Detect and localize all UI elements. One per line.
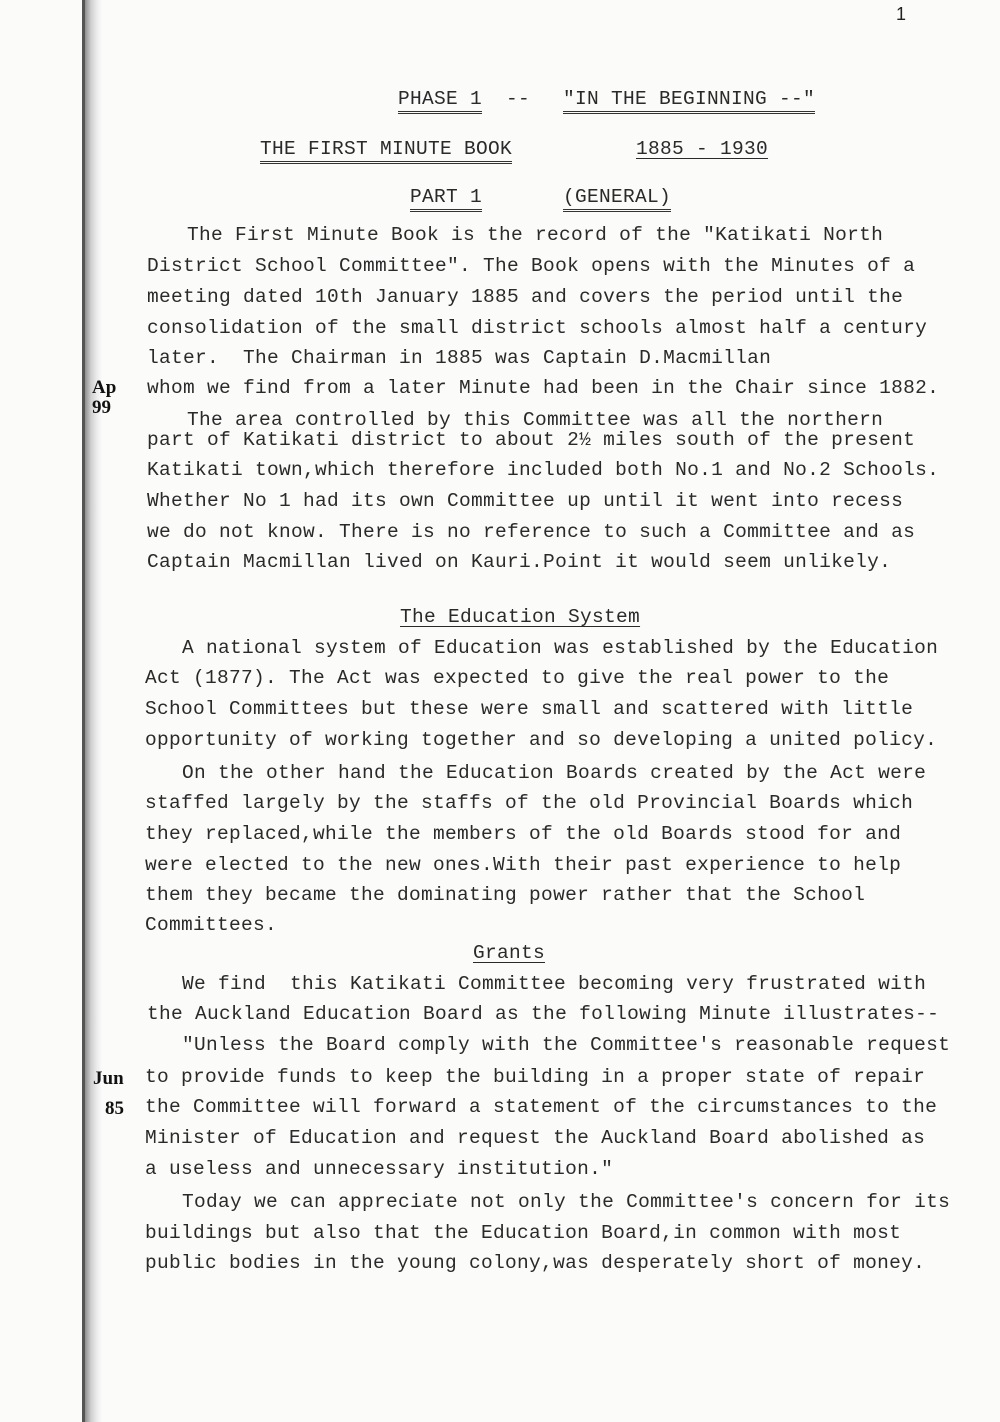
paragraph-line: later. The Chairman in 1885 was Captain … (147, 347, 771, 369)
margin-note-date: Jun 85 (93, 1064, 124, 1124)
margin-note-year: 99 (92, 398, 116, 418)
paragraph-line: Today we can appreciate not only the Com… (182, 1191, 950, 1213)
paragraph-line: Captain Macmillan lived on Kauri.Point i… (147, 551, 891, 573)
paragraph-line: they replaced,while the members of the o… (145, 823, 901, 845)
paragraph-line: The area controlled by this Committee wa… (187, 409, 883, 431)
paragraph-line: Act (1877). The Act was expected to give… (145, 667, 889, 689)
margin-note-date: Ap 99 (92, 378, 116, 418)
paragraph-line: were elected to the new ones.With their … (145, 854, 901, 876)
paragraph-line: On the other hand the Education Boards c… (182, 762, 926, 784)
paragraph-line: A national system of Education was estab… (182, 637, 938, 659)
margin-note-year: 85 (93, 1094, 124, 1124)
binding-shadow (82, 0, 85, 1422)
paragraph-line: Committees. (145, 914, 277, 936)
quote-line: a useless and unnecessary institution." (145, 1158, 613, 1180)
phase-heading: PHASE 1 (398, 88, 482, 114)
margin-note-month: Jun (93, 1064, 124, 1094)
paragraph-line: staffed largely by the staffs of the old… (145, 792, 913, 814)
paragraph-line: District School Committee". The Book ope… (147, 255, 915, 277)
quote-line: Minister of Education and request the Au… (145, 1127, 925, 1149)
scanned-binding-edge (82, 0, 102, 1422)
paragraph-line: them they became the dominating power ra… (145, 884, 865, 906)
part-heading: PART 1 (410, 186, 482, 212)
paragraph-line: consolidation of the small district scho… (147, 317, 927, 339)
paragraph-line: meeting dated 10th January 1885 and cove… (147, 286, 903, 308)
paragraph-line: opportunity of working together and so d… (145, 729, 937, 751)
paragraph-line: we do not know. There is no reference to… (147, 521, 915, 543)
book-title: THE FIRST MINUTE BOOK (260, 138, 512, 164)
quote-line: the Committee will forward a statement o… (145, 1096, 937, 1118)
margin-note-month: Ap (92, 378, 116, 398)
quote-line: "Unless the Board comply with the Commit… (182, 1034, 950, 1056)
section-heading-education: The Education System (400, 606, 640, 628)
paragraph-line: part of Katikati district to about 2½ mi… (147, 429, 915, 451)
paragraph-line: We find this Katikati Committee becoming… (182, 973, 926, 995)
page-number: 1 (896, 4, 906, 25)
heading-dash: -- (506, 88, 530, 110)
paragraph-line: the Auckland Education Board as the foll… (147, 1003, 939, 1025)
section-heading-grants: Grants (473, 942, 545, 964)
paragraph-line: whom we find from a later Minute had bee… (147, 377, 939, 399)
paragraph-line: Katikati town,which therefore included b… (147, 459, 939, 481)
paragraph-line: public bodies in the young colony,was de… (145, 1252, 925, 1274)
paragraph-line: buildings but also that the Education Bo… (145, 1222, 901, 1244)
phase-title: "IN THE BEGINNING --" (563, 88, 815, 114)
book-years: 1885 - 1930 (636, 138, 768, 160)
quote-line: to provide funds to keep the building in… (145, 1066, 925, 1088)
paragraph-line: The First Minute Book is the record of t… (187, 224, 883, 246)
part-type: (GENERAL) (563, 186, 671, 212)
paragraph-line: Whether No 1 had its own Committee up un… (147, 490, 903, 512)
paragraph-line: School Committees but these were small a… (145, 698, 913, 720)
